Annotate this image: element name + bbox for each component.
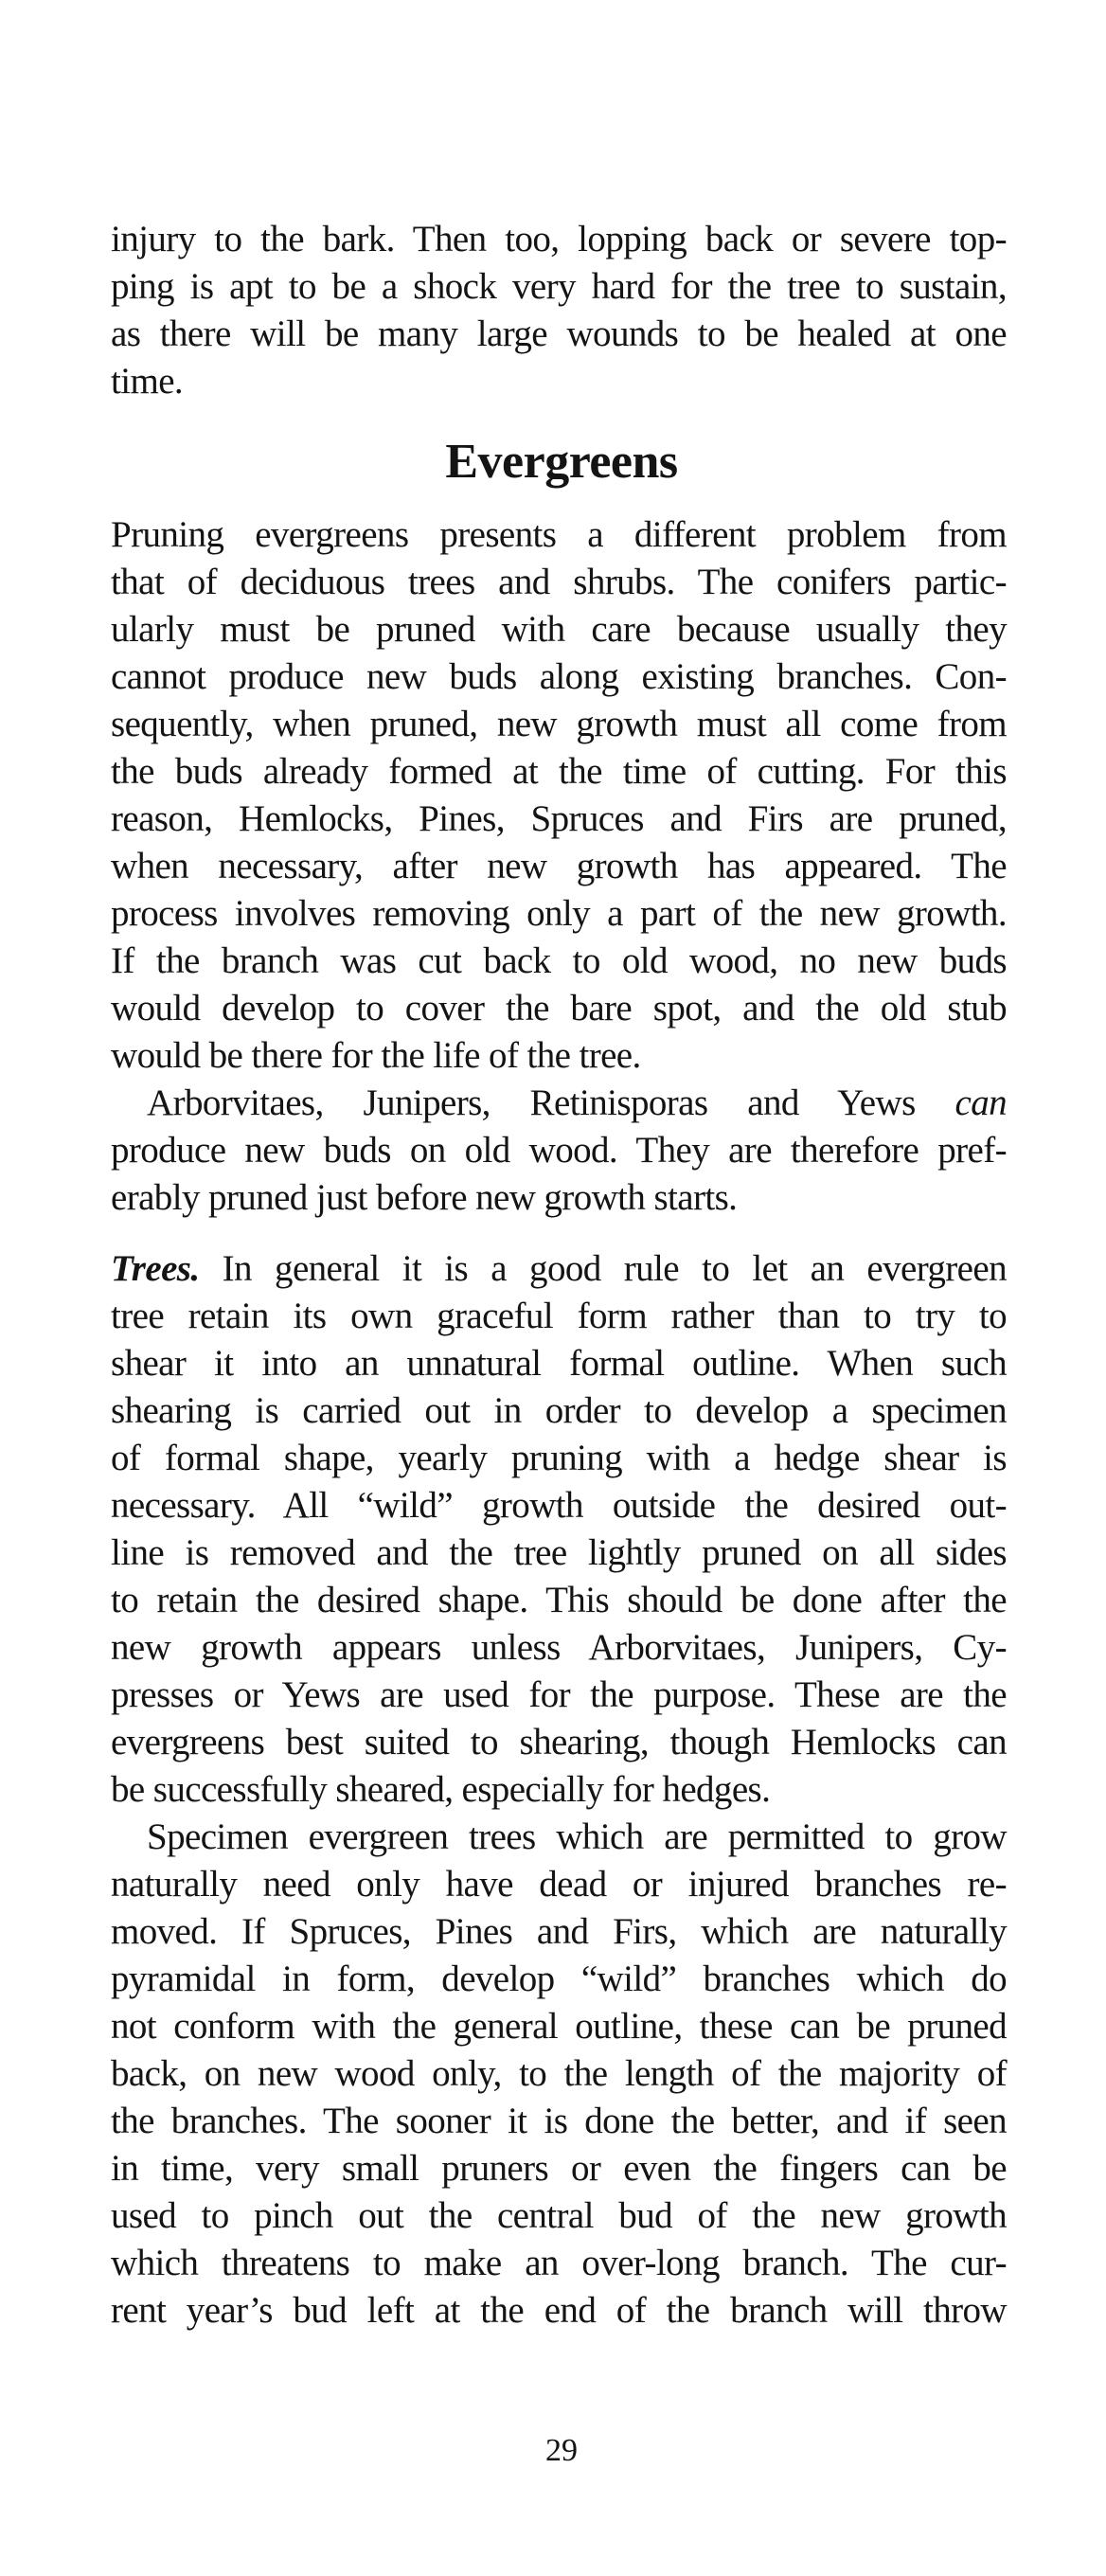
intro-paragraph: injury to the bark. Then too, lopping ba… — [111, 216, 1007, 405]
text-line: line is removed and the tree lightly pru… — [111, 1529, 1007, 1577]
text-line: If the branch was cut back to old wood, … — [111, 938, 1007, 985]
emphasis-text: can — [954, 1082, 1007, 1123]
text-line: of formal shape, yearly pruning with a h… — [111, 1435, 1007, 1482]
trees-section: Trees. In general it is a good rule to l… — [111, 1245, 1007, 2334]
text-line: would be there for the life of the tree. — [111, 1032, 1007, 1080]
text-line: to retain the desired shape. This should… — [111, 1577, 1007, 1624]
text-line: injury to the bark. Then too, lopping ba… — [111, 216, 1007, 263]
text-line: naturally need only have dead or injured… — [111, 1861, 1007, 1908]
text-line: used to pinch out the central bud of the… — [111, 2192, 1007, 2240]
text-line-with-runin-heading: Trees. In general it is a good rule to l… — [111, 1245, 1007, 1293]
evergreens-paragraph-1: Pruning evergreens presents a different … — [111, 511, 1007, 1222]
text-line-with-emphasis: Arborvitaes, Junipers, Retinisporas and … — [111, 1080, 1007, 1127]
text-line: ping is apt to be a shock very hard for … — [111, 263, 1007, 311]
text-line: tree retain its own graceful form rather… — [111, 1293, 1007, 1340]
text-line: time. — [111, 358, 1007, 405]
text-line: would develop to cover the bare spot, an… — [111, 985, 1007, 1032]
text-line: be successfully sheared, especially for … — [111, 1766, 1007, 1814]
page-number-text: 29 — [528, 2432, 578, 2470]
text-line: moved. If Spruces, Pines and Firs, which… — [111, 1908, 1007, 1956]
text-line: necessary. All “wild” growth outside the… — [111, 1482, 1007, 1529]
text-line: back, on new wood only, to the length of… — [111, 2050, 1007, 2098]
text-line: shear it into an unnatural formal outlin… — [111, 1340, 1007, 1387]
text-line: which threatens to make an over-long bra… — [111, 2240, 1007, 2287]
text-line: in time, very small pruners or even the … — [111, 2145, 1007, 2192]
section-heading-text: Evergreens — [428, 434, 677, 491]
text-line: produce new buds on old wood. They are t… — [111, 1127, 1007, 1174]
text-line: when necessary, after new growth has app… — [111, 843, 1007, 890]
section-heading: Evergreens — [0, 434, 1106, 491]
text-line: the buds already formed at the time of c… — [111, 748, 1007, 796]
text-line: that of deciduous trees and shrubs. The … — [111, 559, 1007, 606]
text-line: sequently, when pruned, new growth must … — [111, 701, 1007, 748]
text-line: rent year’s bud left at the end of the b… — [111, 2287, 1007, 2334]
text-line: ularly must be pruned with care because … — [111, 606, 1007, 653]
text-line: Specimen evergreen trees which are permi… — [111, 1814, 1007, 1861]
text-line: the branches. The sooner it is done the … — [111, 2098, 1007, 2145]
text-line: Pruning evergreens presents a different … — [111, 511, 1007, 559]
text-line: process involves removing only a part of… — [111, 890, 1007, 938]
text-segment: In general it is a good rule to let an e… — [223, 1248, 1007, 1289]
text-segment: Arborvitaes, Junipers, Retinisporas and … — [147, 1082, 916, 1123]
text-line: presses or Yews are used for the purpose… — [111, 1672, 1007, 1719]
page-number: 29 — [0, 2432, 1106, 2470]
text-line: erably pruned just before new growth sta… — [111, 1174, 1007, 1222]
text-line: not conform with the general outline, th… — [111, 2003, 1007, 2050]
text-line: new growth appears unless Arborvitaes, J… — [111, 1624, 1007, 1672]
text-line: cannot produce new buds along existing b… — [111, 653, 1007, 701]
runin-heading: Trees. — [111, 1248, 200, 1289]
text-line: as there will be many large wounds to be… — [111, 311, 1007, 358]
text-line: shearing is carried out in order to deve… — [111, 1387, 1007, 1435]
book-page: injury to the bark. Then too, lopping ba… — [0, 0, 1106, 2576]
text-line: pyramidal in form, develop “wild” branch… — [111, 1956, 1007, 2003]
text-line: evergreens best suited to shearing, thou… — [111, 1719, 1007, 1766]
text-line: reason, Hemlocks, Pines, Spruces and Fir… — [111, 796, 1007, 843]
